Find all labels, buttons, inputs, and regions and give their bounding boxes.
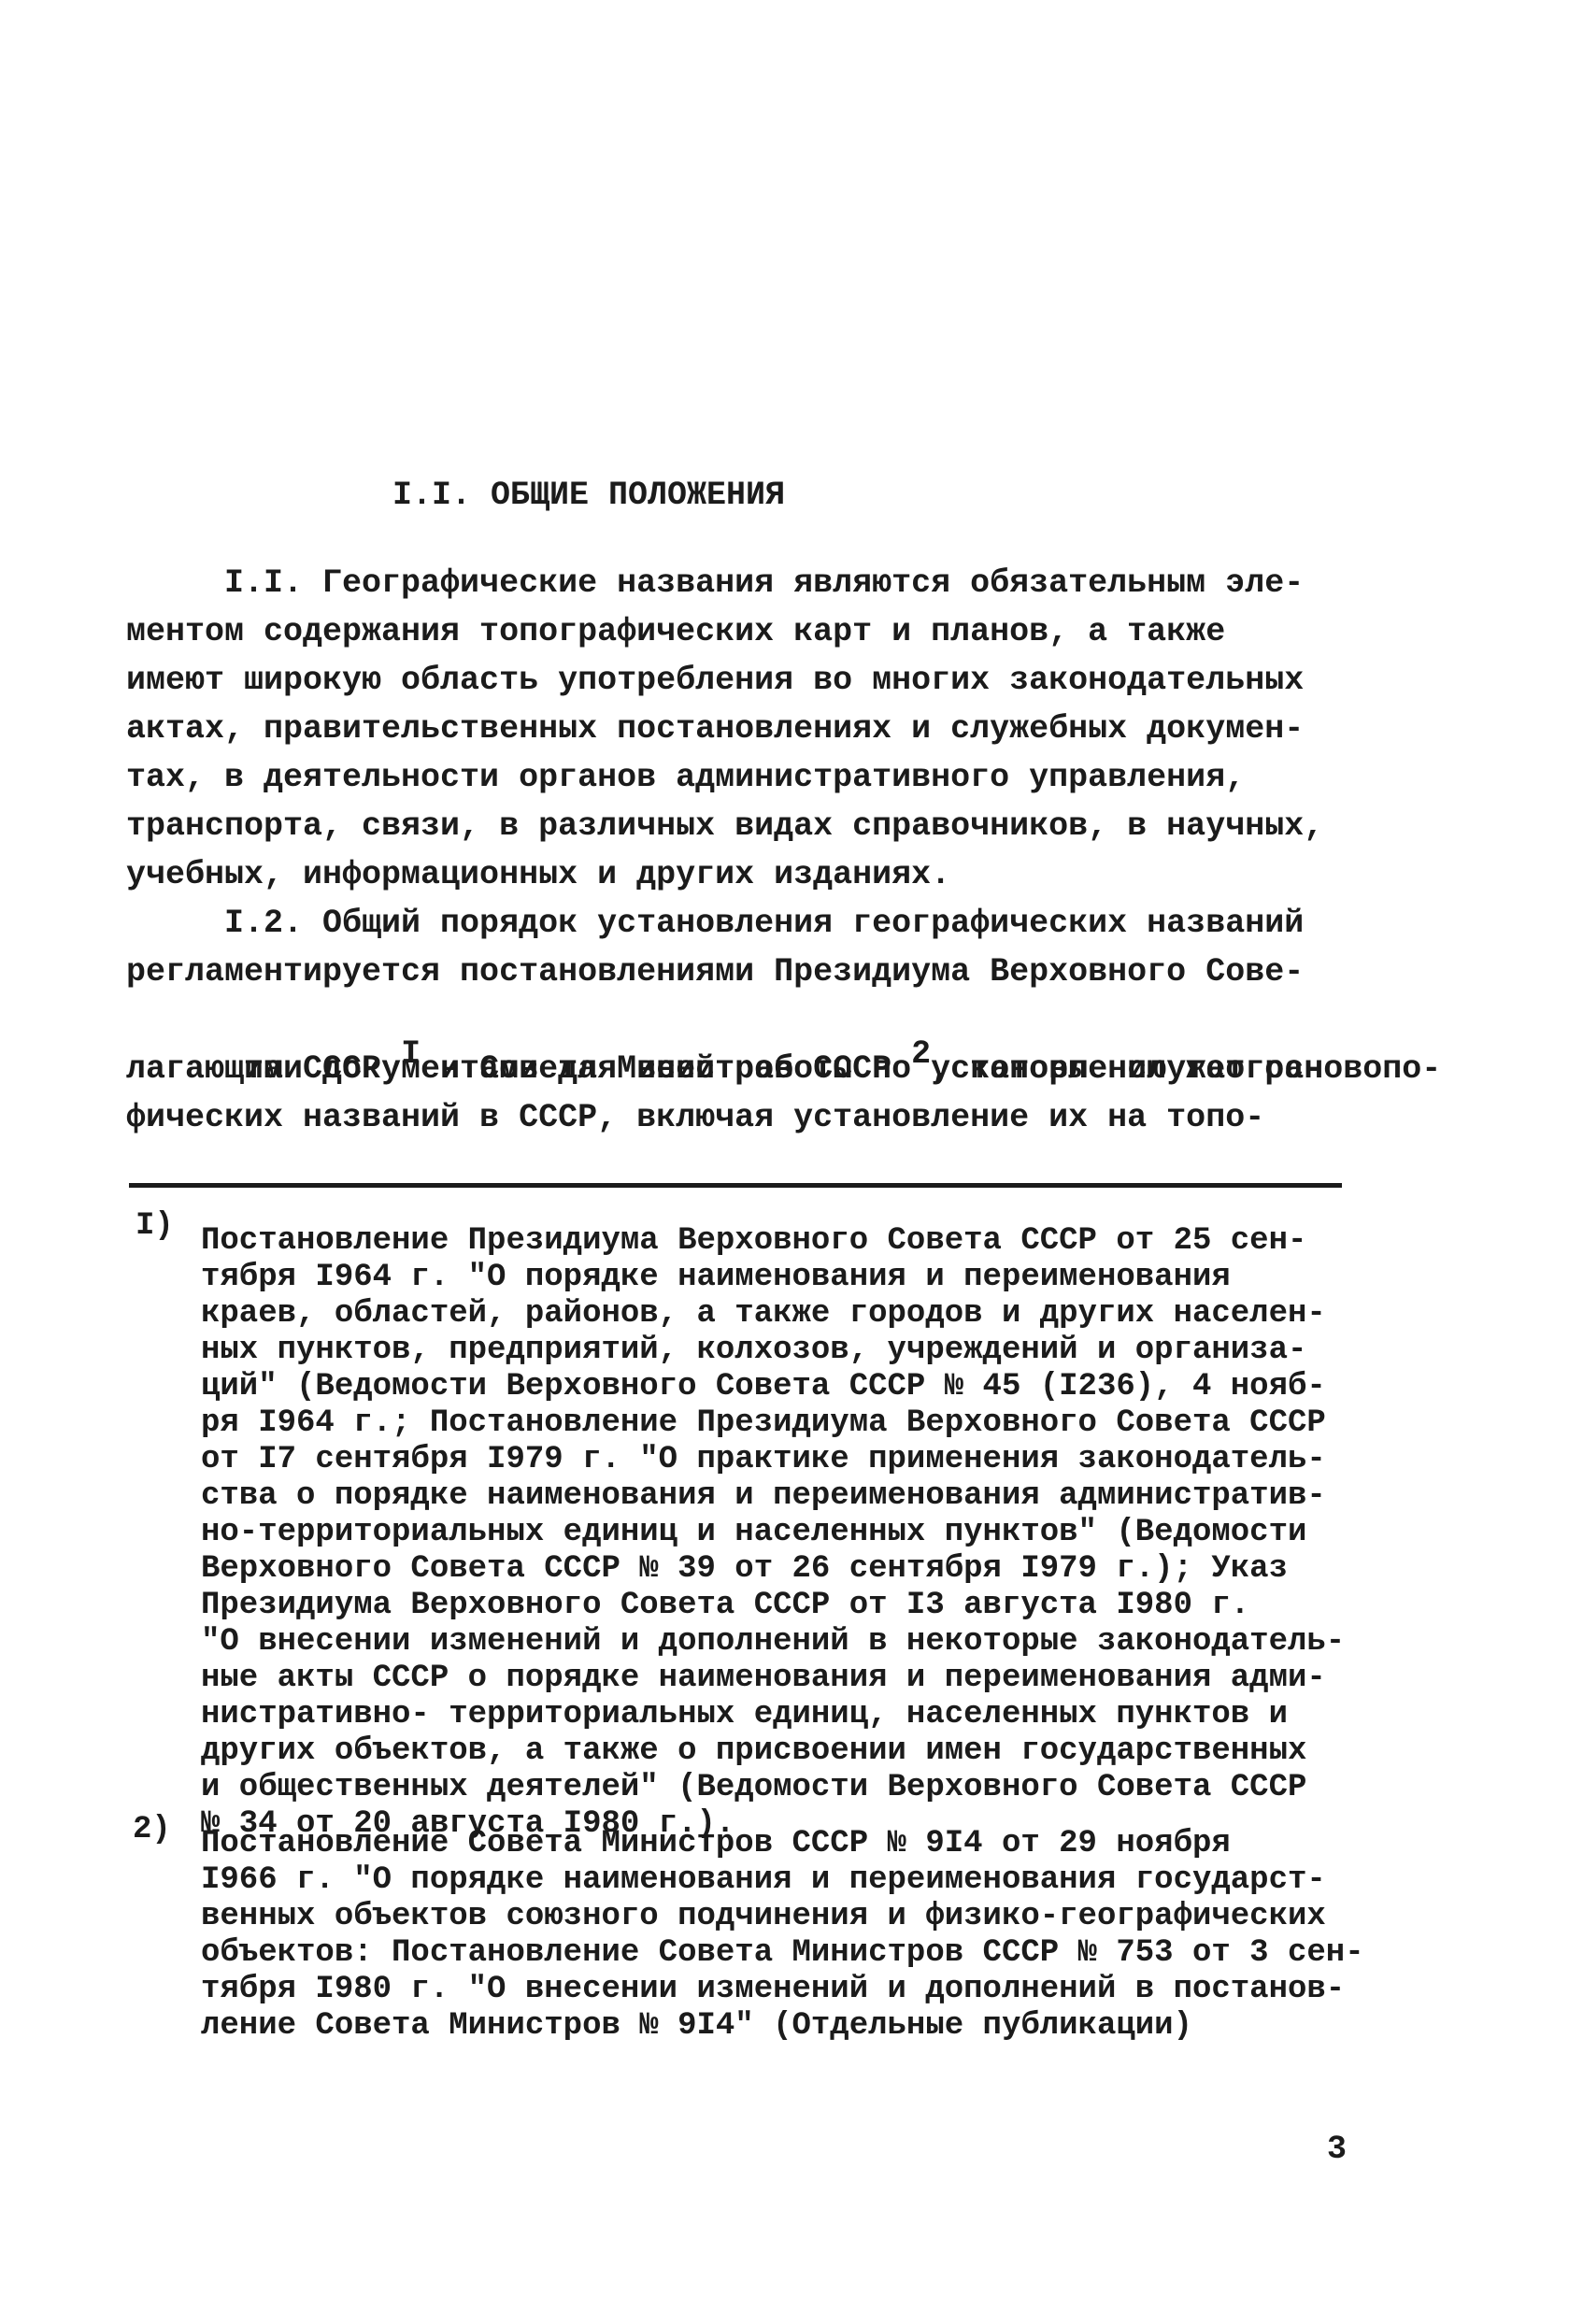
footnote-1-marker: I) [135,1208,174,1244]
text-line: тября I980 г. "О внесении изменений и до… [201,1972,1453,2008]
text-line: но-территориальных единиц и населенных п… [201,1515,1453,1551]
text-line: регламентируется постановлениями Президи… [126,948,1369,996]
text-line: I966 г. "О порядке наименования и переим… [201,1862,1453,1899]
text-line: фических названий в СССР, включая устано… [126,1093,1369,1142]
text-line: транспорта, связи, в различных видах спр… [126,802,1369,850]
text-line: "О внесении изменений и дополнений в нек… [201,1624,1453,1661]
paragraph-lines: лагающими документами для всей работы по… [126,1045,1369,1142]
text-line: тах, в деятельности органов администрати… [126,753,1369,802]
text-line: ментом содержания топографических карт и… [126,607,1369,656]
text-line: учебных, информационных и других издания… [126,850,1369,899]
text-line: ление Совета Министров № 9I4" (Отдельные… [201,2008,1453,2045]
text-line: других объектов, а также о присвоении им… [201,1733,1453,1770]
text-line: ные акты СССР о порядке наименования и п… [201,1661,1453,1697]
footnote-ref-1: I [401,1035,421,1073]
footnote-1-text: Постановление Президиума Верховного Сове… [201,1223,1453,1843]
footnote-2-text: Постановление Совета Министров СССР № 9I… [201,1826,1453,2045]
paragraph-line-with-footnote-refs: та СССР I и Совета Министров СССР 2, кот… [126,996,1369,1045]
text-line: от I7 сентября I979 г. "О практике приме… [201,1442,1453,1478]
text-line: I.I. Географические названия являются об… [126,559,1369,607]
document-page: I.I. ОБЩИЕ ПОЛОЖЕНИЯ I.I. Географические… [0,0,1583,2324]
text-line: ций" (Ведомости Верховного Совета СССР №… [201,1369,1453,1405]
body-text: I.I. Географические названия являются об… [126,559,1369,1142]
text-line: Президиума Верховного Совета СССР от I3 … [201,1588,1453,1624]
text-line: лагающими документами для всей работы по… [126,1045,1369,1093]
text-line: ных пунктов, предприятий, колхозов, учре… [201,1333,1453,1369]
footnote-separator-rule [129,1183,1342,1188]
text-line: I.2. Общий порядок установления географи… [126,899,1369,948]
text-line: ства о порядке наименования и переименов… [201,1478,1453,1515]
text-line: краев, областей, районов, а также городо… [201,1296,1453,1333]
page-number: 3 [1327,2131,1347,2168]
paragraph-lines: I.I. Географические названия являются об… [126,559,1369,996]
footnote-ref-2: 2 [911,1035,931,1073]
text-line: нистративно- территориальных единиц, нас… [201,1697,1453,1733]
text-line: имеют широкую область употребления во мн… [126,656,1369,705]
section-heading: I.I. ОБЩИЕ ПОЛОЖЕНИЯ [392,477,785,514]
text-line: тября I964 г. "О порядке наименования и … [201,1260,1453,1296]
text-line: венных объектов союзного подчинения и фи… [201,1899,1453,1935]
text-line: объектов: Постановление Совета Министров… [201,1935,1453,1972]
text-line: Верховного Совета СССР № 39 от 26 сентяб… [201,1551,1453,1588]
text-line: Постановление Совета Министров СССР № 9I… [201,1826,1453,1862]
footnote-2-marker: 2) [133,1812,171,1847]
text-line: Постановление Президиума Верховного Сове… [201,1223,1453,1260]
text-line: ря I964 г.; Постановление Президиума Вер… [201,1405,1453,1442]
text-line: и общественных деятелей" (Ведомости Верх… [201,1770,1453,1806]
text-line: актах, правительственных постановлениях … [126,705,1369,753]
